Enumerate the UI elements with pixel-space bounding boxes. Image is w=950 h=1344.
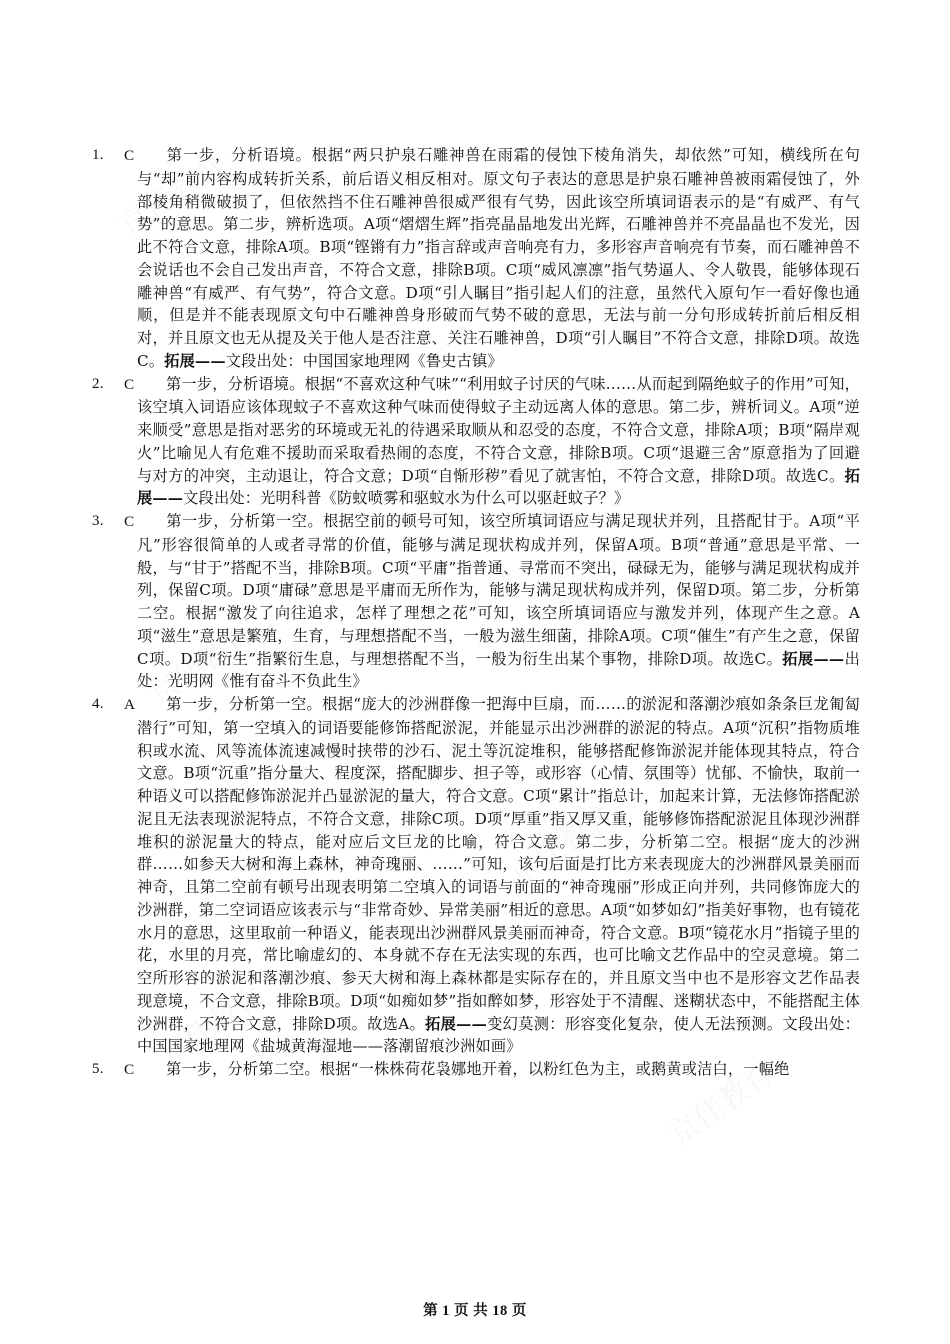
item-explanation: 第一步，分析第二空。根据“一株株荷花袅娜地开着，以粉红色为主，或鹅黄或洁白，一幅… xyxy=(166,1060,789,1078)
item-answer: A xyxy=(124,694,166,717)
item-number: 3. xyxy=(92,510,122,533)
item-number: 1. xyxy=(92,144,122,167)
document-page: 京佳教育 京佳教育 京佳教育 京佳教育 京佳教育 京佳教育 京佳教育 京佳教育 … xyxy=(0,0,950,1344)
item-explanation: 第一步，分析语境。根据“两只护泉石雕神兽在雨霜的侵蚀下棱角消失，却依然”可知，横… xyxy=(137,146,860,370)
answer-item-2: 2. C第一步，分析语境。根据“不喜欢这种气味”“利用蚊子讨厌的气味……从而起到… xyxy=(92,373,860,511)
item-answer: C xyxy=(124,511,166,534)
page-footer: 第 1 页 共 18 页 xyxy=(0,1299,950,1320)
extension-label: 拓展—— xyxy=(782,650,844,668)
answer-item-4: 4. A第一步，分析第一空。根据“庞大的沙洲群像一把海中巨扇，而……的淤泥和落潮… xyxy=(92,693,860,1058)
item-number: 5. xyxy=(92,1058,122,1081)
item-number: 2. xyxy=(92,373,122,396)
extension-label: 拓展—— xyxy=(425,1015,487,1033)
answer-item-1: 1. C第一步，分析语境。根据“两只护泉石雕神兽在雨霜的侵蚀下棱角消失，却依然”… xyxy=(92,144,860,373)
extension-label: 拓展—— xyxy=(164,352,226,370)
answer-list: 1. C第一步，分析语境。根据“两只护泉石雕神兽在雨霜的侵蚀下棱角消失，却依然”… xyxy=(92,144,860,1082)
item-answer: C xyxy=(124,1059,166,1082)
item-explanation: 第一步，分析第一空。根据“庞大的沙洲群像一把海中巨扇，而……的淤泥和落潮沙痕如条… xyxy=(137,695,860,1033)
item-explanation: 第一步，分析第一空。根据空前的顿号可知，该空所填词语应与满足现状并列，且搭配甘于… xyxy=(137,512,860,668)
item-answer: C xyxy=(124,374,166,397)
answer-item-5: 5. C第一步，分析第二空。根据“一株株荷花袅娜地开着，以粉红色为主，或鹅黄或洁… xyxy=(92,1058,860,1082)
item-number: 4. xyxy=(92,693,122,716)
item-answer: C xyxy=(124,145,166,168)
item-explanation: 第一步，分析语境。根据“不喜欢这种气味”“利用蚊子讨厌的气味……从而起到隔绝蚊子… xyxy=(137,375,860,485)
answer-item-3: 3. C第一步，分析第一空。根据空前的顿号可知，该空所填词语应与满足现状并列，且… xyxy=(92,510,860,693)
extension-text: 文段出处：中国国家地理网《鲁史古镇》 xyxy=(226,352,503,370)
extension-text: 文段出处：光明科普《防蚊喷雾和驱蚊水为什么可以驱赶蚊子？》 xyxy=(183,489,629,507)
